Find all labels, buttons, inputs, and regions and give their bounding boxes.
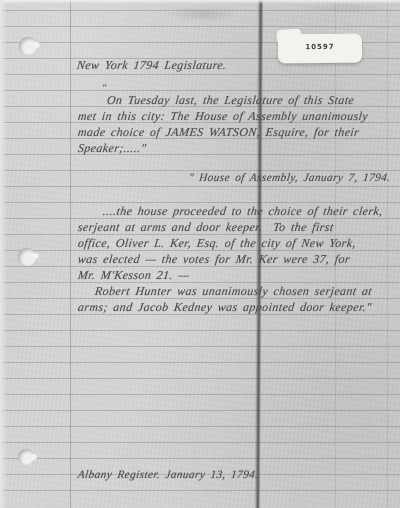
punch-hole bbox=[18, 449, 34, 465]
paragraph1-line1: On Tuesday last, the Legislature of this… bbox=[106, 93, 355, 108]
attribution-line: " House of Assembly, January 7, 1794. bbox=[188, 172, 391, 184]
paragraph3-line1: Robert Hunter was unanimously chosen ser… bbox=[94, 284, 373, 299]
punch-hole bbox=[19, 37, 37, 55]
paragraph1-line4: Speaker;....." bbox=[77, 141, 147, 156]
sticker-tab bbox=[276, 28, 301, 42]
paragraph2-line4: was elected — the votes for Mr. Ker were… bbox=[77, 252, 351, 267]
page-left-edge bbox=[0, 0, 7, 508]
backing-sheet-line bbox=[387, 0, 388, 508]
page-top-edge bbox=[0, 0, 400, 4]
catalog-number: 10597 bbox=[305, 42, 334, 50]
opening-quote-mark: " bbox=[101, 83, 107, 94]
photocopy-smudge bbox=[168, 6, 238, 22]
photocopied-notebook-page: 10597 New York 1794 Legislature. " On Tu… bbox=[0, 0, 400, 508]
paragraph1-line2: met in this city: The House of Assembly … bbox=[77, 109, 369, 124]
paragraph2-line1: ....the house proceeded to the choice of… bbox=[102, 204, 384, 219]
paragraph2-line5: Mr. M'Kesson 21. — bbox=[77, 268, 190, 283]
note-title: New York 1794 Legislature. bbox=[76, 58, 227, 73]
source-citation: Albany Register. January 13, 1794. bbox=[77, 469, 259, 481]
paragraph1-line3: made choice of JAMES WATSON, Esquire, fo… bbox=[77, 125, 360, 140]
paragraph2-line3: office, Oliver L. Ker, Esq. of the city … bbox=[77, 236, 357, 251]
paragraph3-line2: arms; and Jacob Kedney was appointed doo… bbox=[77, 300, 373, 315]
punch-hole bbox=[18, 248, 36, 266]
margin-line bbox=[70, 0, 71, 508]
catalog-label-sticker: 10597 bbox=[278, 34, 362, 64]
paragraph2-line2: serjeant at arms and door keeper. To the… bbox=[77, 220, 335, 235]
